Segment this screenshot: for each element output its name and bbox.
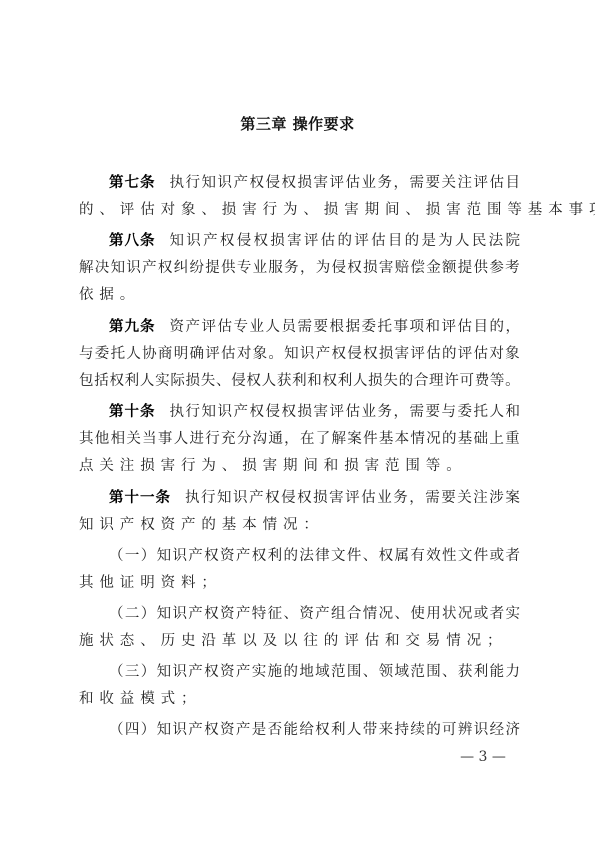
article-label: 第七条 [109, 172, 156, 194]
article-11-line-2: 知识产权资产的基本情况： [79, 514, 520, 536]
item-1-line-2: 其他证明资料； [79, 572, 520, 594]
paragraph-text: 资产评估专业人员需要根据委托事项和评估目的， [170, 316, 521, 338]
article-11-line-1: 第十一条 执行知识产权侵权损害评估业务，需要关注涉案 [109, 487, 520, 509]
article-7-line-1: 第七条 执行知识产权侵权损害评估业务，需要关注评估目 [109, 172, 520, 194]
article-label: 第十条 [109, 401, 156, 423]
article-8-line-2: 解决知识产权纠纷提供专业服务，为侵权损害赔偿金额提供参考 [79, 257, 520, 279]
article-7-line-2: 的、评估对象、损害行为、损害期间、损害范围等基本事项。 [79, 199, 520, 221]
article-10-line-3: 点关注损害行为、损害期间和损害范围等。 [79, 455, 520, 477]
page-number: — 3 — [453, 749, 513, 765]
article-label: 第八条 [109, 230, 156, 252]
article-10-line-2: 其他相关当事人进行充分沟通，在了解案件基本情况的基础上重 [79, 428, 520, 450]
item-3-line-1: （三）知识产权资产实施的地域范围、领域范围、获利能力 [109, 661, 520, 683]
article-9-line-1: 第九条 资产评估专业人员需要根据委托事项和评估目的， [109, 316, 520, 338]
article-10-line-1: 第十条 执行知识产权侵权损害评估业务，需要与委托人和 [109, 401, 520, 423]
item-1-line-1: （一）知识产权资产权利的法律文件、权属有效性文件或者 [109, 545, 520, 567]
paragraph-text: 执行知识产权侵权损害评估业务，需要与委托人和 [170, 401, 521, 423]
paragraph-text: 知识产权侵权损害评估的评估目的是为人民法院 [170, 230, 521, 252]
item-3-line-2: 和收益模式； [79, 688, 520, 710]
document-page: 第三章 操作要求 第七条 执行知识产权侵权损害评估业务，需要关注评估目 的、评估… [0, 0, 595, 841]
paragraph-text: 执行知识产权侵权损害评估业务，需要关注评估目 [170, 172, 521, 194]
article-label: 第九条 [109, 316, 156, 338]
article-label: 第十一条 [109, 487, 171, 509]
item-2-line-1: （二）知识产权资产特征、资产组合情况、使用状况或者实 [109, 603, 520, 625]
item-2-line-2: 施状态、历史沿革以及以往的评估和交易情况； [79, 630, 520, 652]
article-9-line-2: 与委托人协商明确评估对象。知识产权侵权损害评估的评估对象 [79, 343, 520, 365]
item-4-line-1: （四）知识产权资产是否能给权利人带来持续的可辨识经济 [109, 719, 520, 741]
chapter-title: 第三章 操作要求 [0, 113, 595, 134]
article-8-line-3: 依据。 [79, 284, 520, 306]
article-8-line-1: 第八条 知识产权侵权损害评估的评估目的是为人民法院 [109, 230, 520, 252]
article-9-line-3: 包括权利人实际损失、侵权人获利和权利人损失的合理许可费等。 [79, 370, 520, 392]
paragraph-text: 执行知识产权侵权损害评估业务，需要关注涉案 [185, 487, 520, 509]
